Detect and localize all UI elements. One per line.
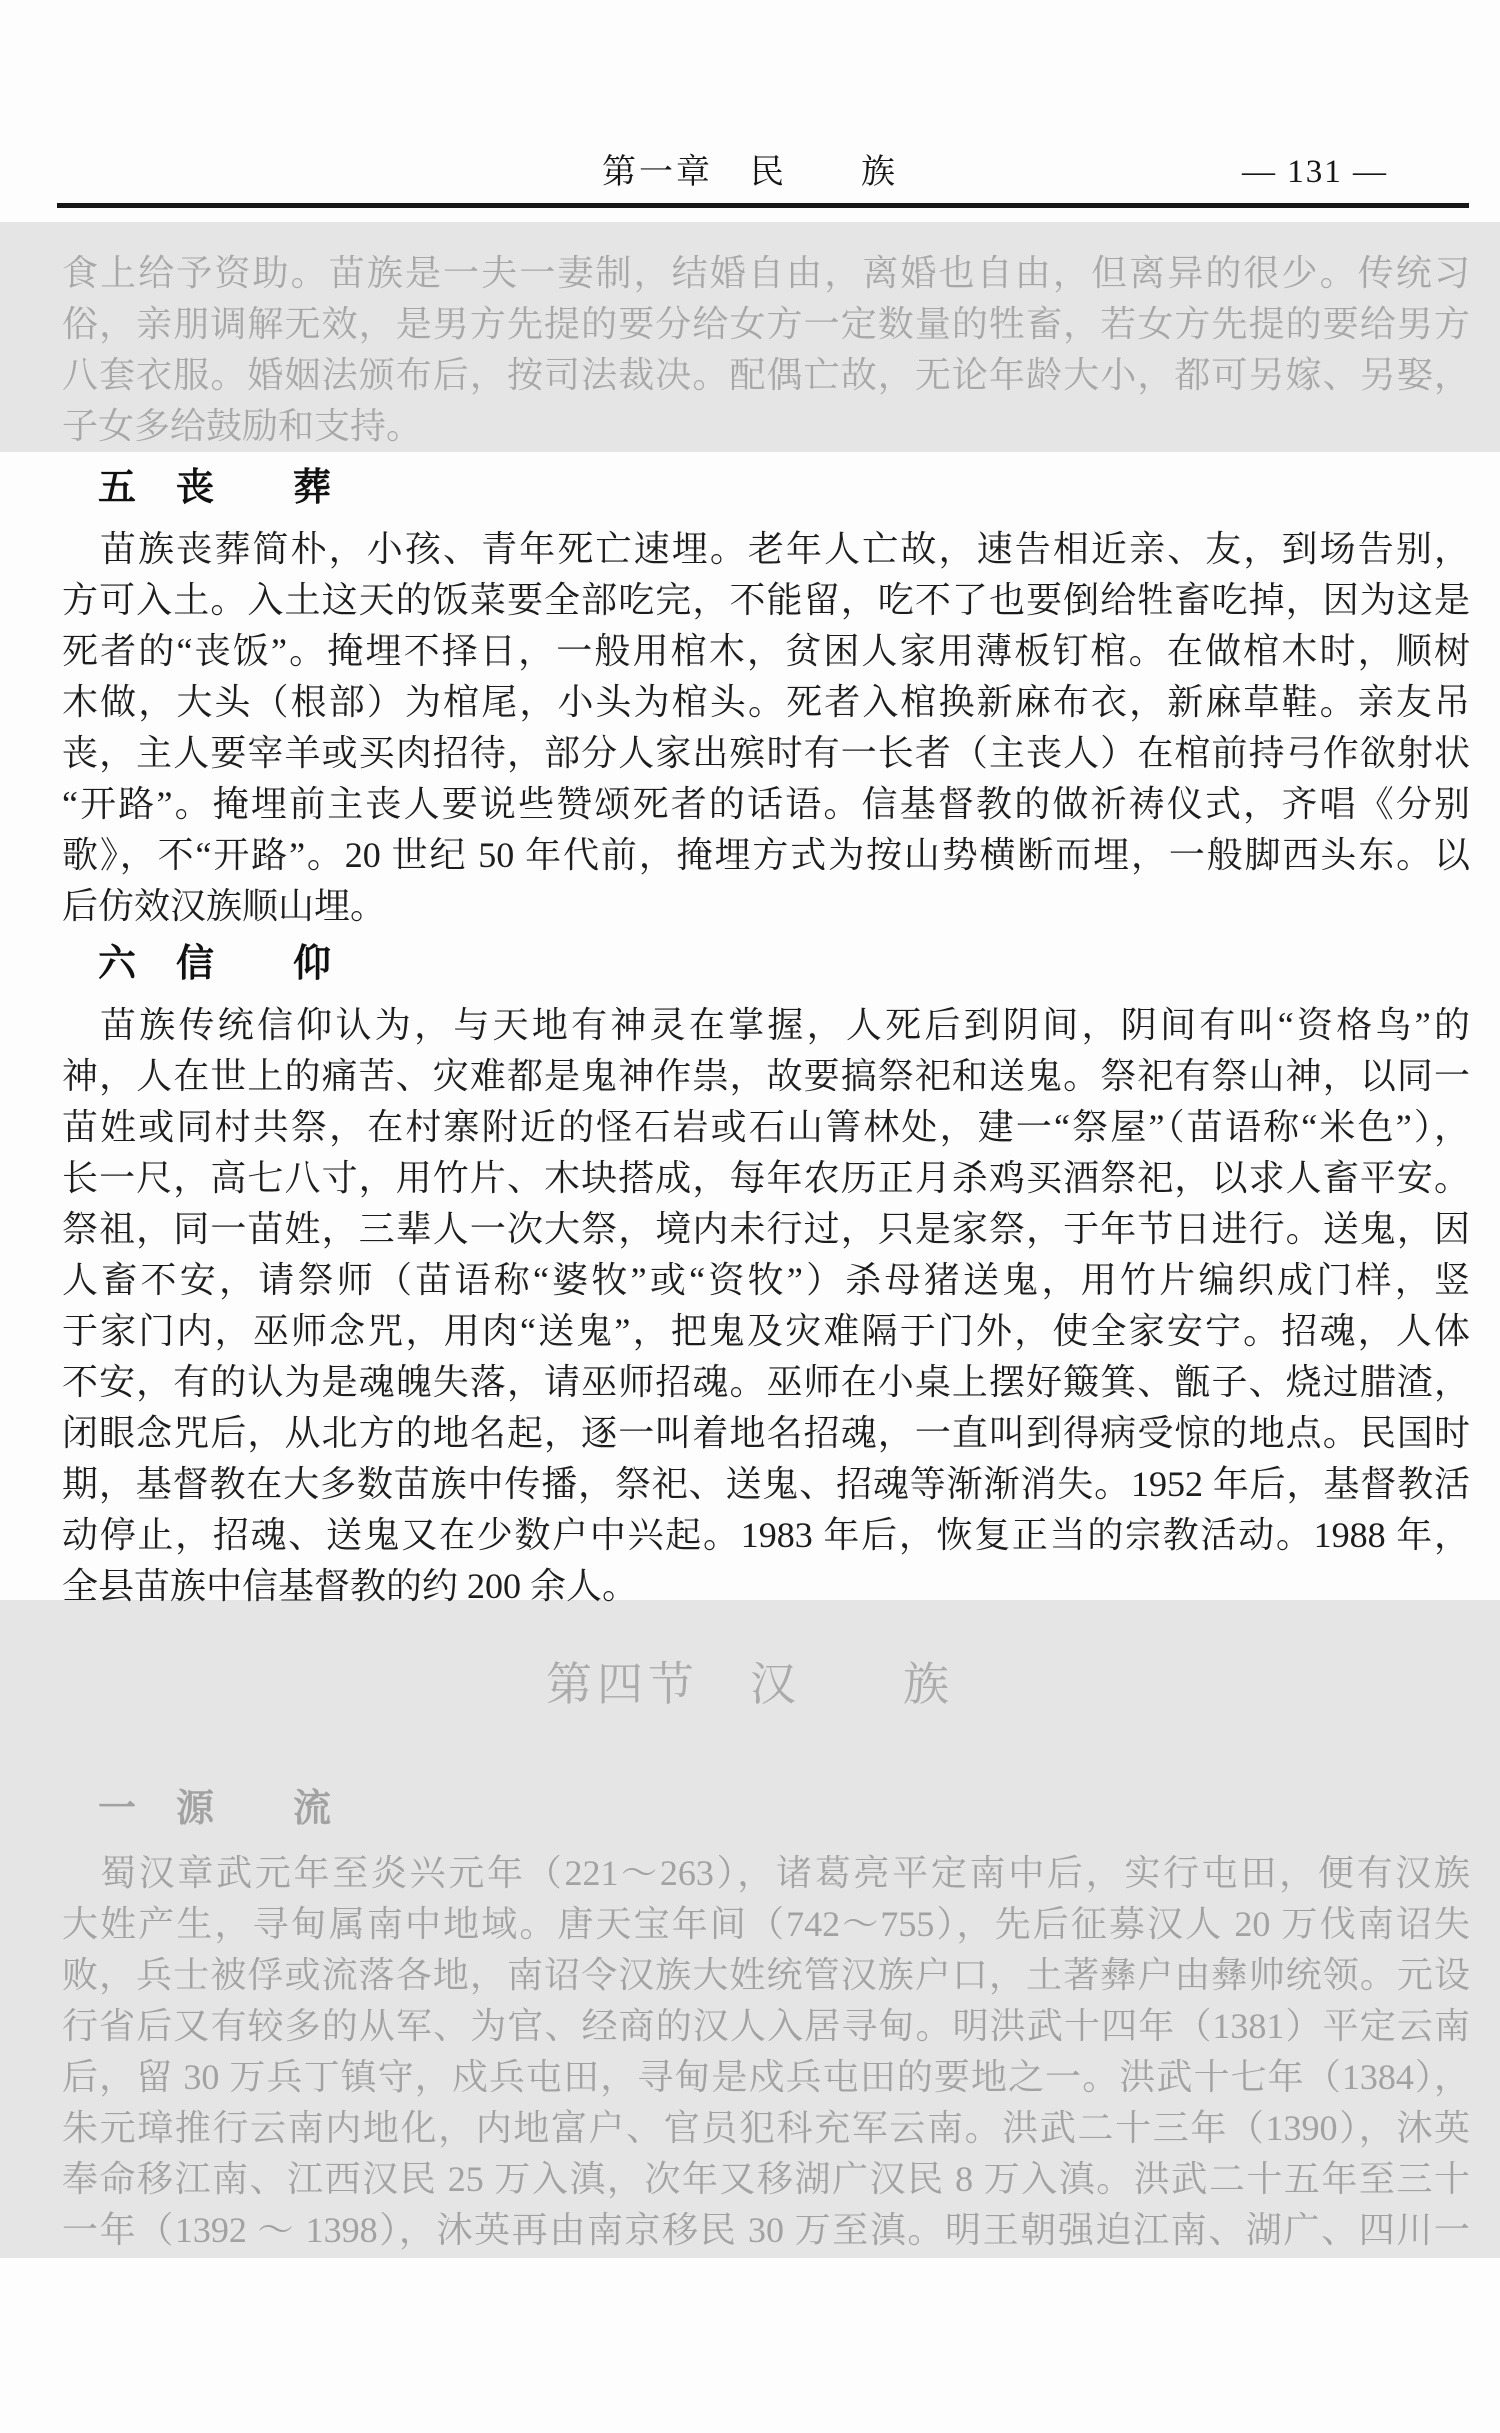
text-line: 俗，亲朋调解无效，是男方先提的要分给女方一定数量的牲畜，若女方先提的要给男方 — [0, 299, 1500, 350]
text-line: 苗族丧葬简朴，小孩、青年死亡速埋。老年人亡故，速告相近亲、友，到场告别， — [0, 524, 1500, 575]
text-line: 闭眼念咒后，从北方的地名起，逐一叫着地名招魂，一直叫到得病受惊的地点。民国时 — [0, 1408, 1500, 1459]
text-line: 食上给予资助。苗族是一夫一妻制，结婚自由，离婚也自由，但离异的很少。传统习 — [0, 248, 1500, 299]
text-line: 苗族传统信仰认为，与天地有神灵在掌握，人死后到阴间，阴间有叫“资格鸟”的 — [0, 1000, 1500, 1051]
section-subheading-origin: 一 源 流 — [98, 1784, 1500, 1834]
text-line: 全县苗族中信基督教的约 200 余人。 — [0, 1561, 1500, 1612]
text-line: 人畜不安，请祭师（苗语称“婆牧”或“资牧”）杀母猪送鬼，用竹片编织成门样，竖 — [0, 1255, 1500, 1306]
text-line: 歌》，不“开路”。20 世纪 50 年代前，掩埋方式为按山势横断而埋，一般脚西头… — [0, 830, 1500, 881]
text-line: 子女多给鼓励和支持。 — [0, 401, 1500, 452]
header-rule — [57, 203, 1469, 208]
carryover-paragraph-band: 食上给予资助。苗族是一夫一妻制，结婚自由，离婚也自由，但离异的很少。传统习 俗，… — [0, 222, 1500, 452]
section-heading-funeral: 五 丧 葬 — [98, 462, 1500, 514]
text-line: 木做，大头（根部）为棺尾，小头为棺头。死者入棺换新麻布衣，新麻草鞋。亲友吊 — [0, 677, 1500, 728]
running-header: 第一章 民 族 — 131 — — [0, 152, 1500, 204]
text-line: 长一尺，高七八寸，用竹片、木块搭成，每年农历正月杀鸡买酒祭祀，以求人畜平安。 — [0, 1153, 1500, 1204]
text-line: 丧，主人要宰羊或买肉招待，部分人家出殡时有一长者（主丧人）在棺前持弓作欲射状 — [0, 728, 1500, 779]
page-number: — 131 — — [1242, 154, 1388, 191]
text-line: 行省后又有较多的从军、为官、经商的汉人入居寻甸。明洪武十四年（1381）平定云南 — [0, 2001, 1500, 2052]
text-line: “开路”。掩埋前主丧人要说些赞颂死者的话语。信基督教的做祈祷仪式，齐唱《分别 — [0, 779, 1500, 830]
text-line: 大姓产生，寻甸属南中地域。唐天宝年间（742～755），先后征募汉人 20 万伐… — [0, 1899, 1500, 1950]
text-line: 死者的“丧饭”。掩埋不择日，一般用棺木，贫困人家用薄板钉棺。在做棺木时，顺树 — [0, 626, 1500, 677]
text-line: 后，留 30 万兵丁镇守，戍兵屯田，寻甸是戍兵屯田的要地之一。洪武十七年（138… — [0, 2052, 1500, 2103]
main-text-column: 五 丧 葬 苗族丧葬简朴，小孩、青年死亡速埋。老年人亡故，速告相近亲、友，到场告… — [0, 448, 1500, 1612]
text-line: 败，兵士被俘或流落各地，南诏令汉族大姓统管汉族户口，土著彝户由彝帅统领。元设 — [0, 1950, 1500, 2001]
section-han-band: 第四节 汉 族 一 源 流 蜀汉章武元年至炎兴元年（221～263），诸葛亮平定… — [0, 1600, 1500, 2258]
section-heading-belief: 六 信 仰 — [98, 938, 1500, 990]
text-line: 苗姓或同村共祭，在村寨附近的怪石岩或石山箐林处，建一“祭屋”（苗语称“米色”）， — [0, 1102, 1500, 1153]
text-line: 于家门内，巫师念咒，用肉“送鬼”，把鬼及灾难隔于门外，使全家安宁。招魂，人体 — [0, 1306, 1500, 1357]
text-line: 后仿效汉族顺山埋。 — [0, 881, 1500, 932]
text-line: 神，人在世上的痛苦、灾难都是鬼神作祟，故要搞祭祀和送鬼。祭祀有祭山神，以同一 — [0, 1051, 1500, 1102]
text-line: 八套衣服。婚姻法颁布后，按司法裁决。配偶亡故，无论年龄大小，都可另嫁、另娶， — [0, 350, 1500, 401]
text-line: 不安，有的认为是魂魄失落，请巫师招魂。巫师在小桌上摆好簸箕、甑子、烧过腊渣， — [0, 1357, 1500, 1408]
section-title-han: 第四节 汉 族 — [0, 1600, 1500, 1714]
text-line: 蜀汉章武元年至炎兴元年（221～263），诸葛亮平定南中后，实行屯田，便有汉族 — [0, 1848, 1500, 1899]
scanned-book-page: 第一章 民 族 — 131 — 食上给予资助。苗族是一夫一妻制，结婚自由，离婚也… — [0, 0, 1500, 2433]
text-line: 动停止，招魂、送鬼又在少数户中兴起。1983 年后，恢复正当的宗教活动。1988… — [0, 1510, 1500, 1561]
text-line: 一年（1392 ～ 1398），沐英再由南京移民 30 万至滇。明王朝强迫江南、… — [0, 2205, 1500, 2256]
text-line: 期，基督教在大多数苗族中传播，祭祀、送鬼、招魂等渐渐消失。1952 年后，基督教… — [0, 1459, 1500, 1510]
text-line: 祭祖，同一苗姓，三辈人一次大祭，境内未行过，只是家祭，于年节日进行。送鬼，因 — [0, 1204, 1500, 1255]
text-line: 方可入土。入土这天的饭菜要全部吃完，不能留，吃不了也要倒给牲畜吃掉，因为这是 — [0, 575, 1500, 626]
text-line: 奉命移江南、江西汉民 25 万入滇，次年又移湖广汉民 8 万入滇。洪武二十五年至… — [0, 2154, 1500, 2205]
text-line: 朱元璋推行云南内地化，内地富户、官员犯科充军云南。洪武二十三年（1390），沐英 — [0, 2103, 1500, 2154]
